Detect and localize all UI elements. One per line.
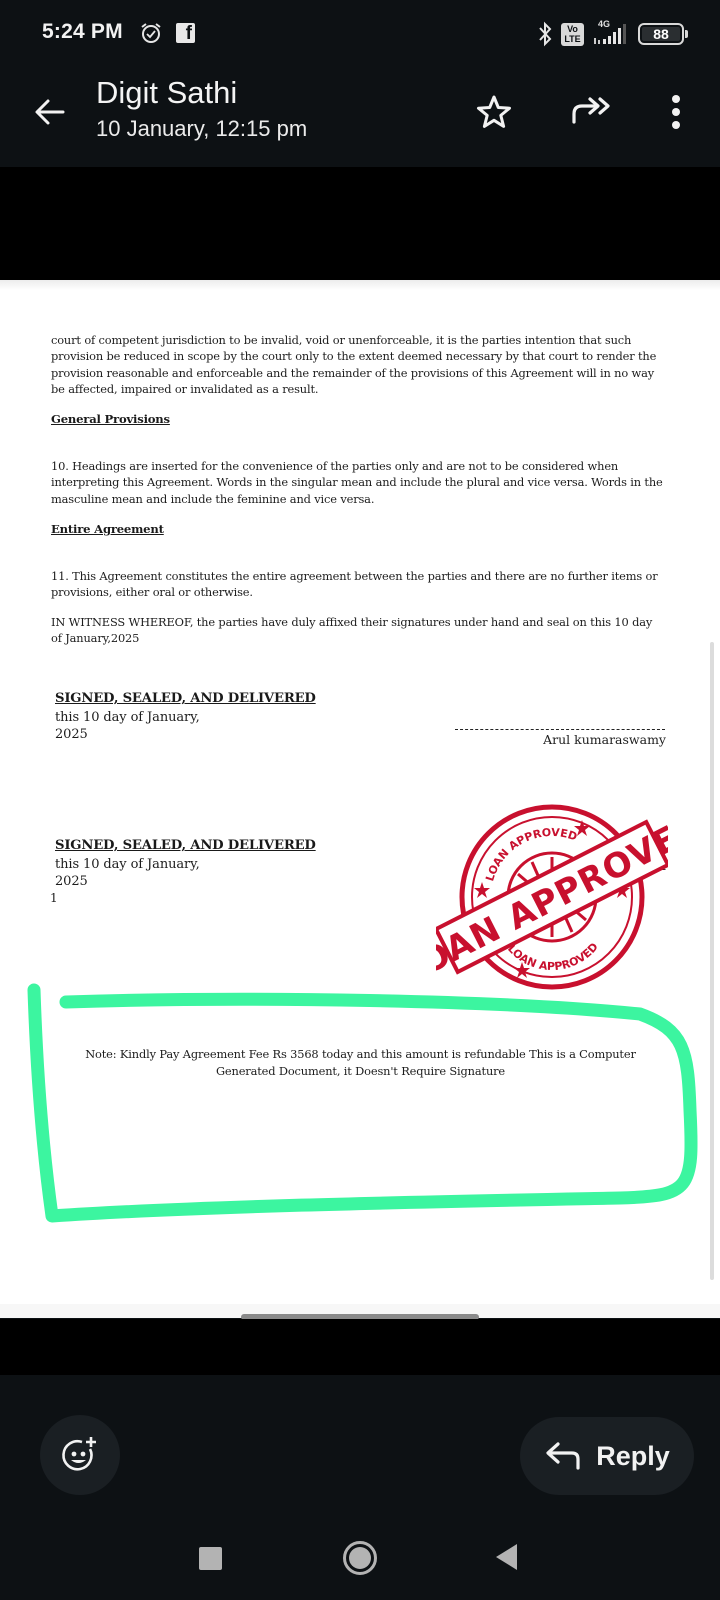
signature-date-1a: this 10 day of January, [55, 709, 200, 726]
paragraph-witness: IN WITNESS WHEREOF, the parties have dul… [51, 614, 666, 647]
media-viewer-background-bottom [0, 1319, 720, 1375]
more-vert-icon [670, 94, 682, 130]
signature-date-2a: this 10 day of January, [55, 856, 200, 873]
signature-line-1 [455, 729, 665, 730]
status-icons: Vo LTE 4G 88 [537, 20, 684, 48]
status-time: 5:24 PM [42, 20, 123, 44]
arrow-back-icon [33, 95, 67, 129]
signature-heading-2: SIGNED, SEALED, AND DELIVERED [55, 838, 316, 853]
status-bar: 5:24 PM f Vo LTE 4G 88 [0, 0, 720, 70]
page-number: 1 [50, 891, 58, 905]
heading-general-provisions: General Provisions [51, 412, 170, 426]
loan-approved-stamp-icon: LOAN APPROVED LOAN APPROVED LOAN APPROVE… [436, 802, 668, 992]
app-bar: Digit Sathi 10 January, 12:15 pm [0, 70, 720, 167]
document-image[interactable]: court of competent jurisdiction to be in… [0, 280, 720, 1304]
more-options-button[interactable] [652, 88, 700, 136]
media-viewer-background [0, 167, 720, 280]
home-button[interactable] [343, 1541, 377, 1575]
signature-date-2b: 2025 [55, 873, 88, 890]
heading-entire-agreement: Entire Agreement [51, 522, 164, 536]
alarm-icon [140, 22, 162, 44]
reply-button[interactable]: Reply [520, 1417, 694, 1495]
paragraph-severability: court of competent jurisdiction to be in… [51, 332, 666, 398]
reply-label: Reply [596, 1441, 670, 1472]
star-icon [476, 94, 512, 130]
signal-4g-icon: 4G [592, 21, 630, 47]
signature-heading-1: SIGNED, SEALED, AND DELIVERED [55, 691, 316, 706]
signatory-name-1: Arul kumaraswamy [543, 732, 666, 747]
paragraph-11: 11. This Agreement constitutes the entir… [51, 568, 666, 601]
message-timestamp: 10 January, 12:15 pm [96, 116, 307, 142]
facebook-icon: f [176, 23, 195, 43]
recents-button[interactable] [199, 1547, 222, 1570]
highlight-annotation [0, 970, 720, 1240]
fee-note: Note: Kindly Pay Agreement Fee Rs 3568 t… [58, 1046, 663, 1080]
network-type: 4G [598, 19, 610, 29]
forward-button[interactable] [568, 88, 616, 136]
system-navigation-bar [0, 1523, 720, 1583]
volte-icon: Vo LTE [561, 23, 584, 46]
paragraph-10: 10. Headings are inserted for the conven… [51, 458, 666, 507]
bottom-action-bar: Reply [0, 1375, 720, 1600]
volte-label-bottom: LTE [561, 34, 584, 44]
document-vertical-scrollbar[interactable] [710, 642, 714, 1280]
back-button[interactable] [28, 90, 72, 134]
add-reaction-icon [60, 1435, 100, 1475]
bluetooth-icon [537, 21, 553, 47]
forward-icon [570, 94, 614, 130]
doc-top-shade [0, 280, 720, 290]
star-button[interactable] [470, 88, 518, 136]
signature-date-1b: 2025 [55, 726, 88, 743]
system-back-button[interactable] [496, 1544, 517, 1570]
add-reaction-button[interactable] [40, 1415, 120, 1495]
battery-level: 88 [642, 27, 680, 41]
battery-icon: 88 [638, 23, 684, 45]
sender-title: Digit Sathi [96, 75, 237, 111]
reply-icon [544, 1440, 582, 1472]
volte-label-top: Vo [561, 24, 584, 34]
